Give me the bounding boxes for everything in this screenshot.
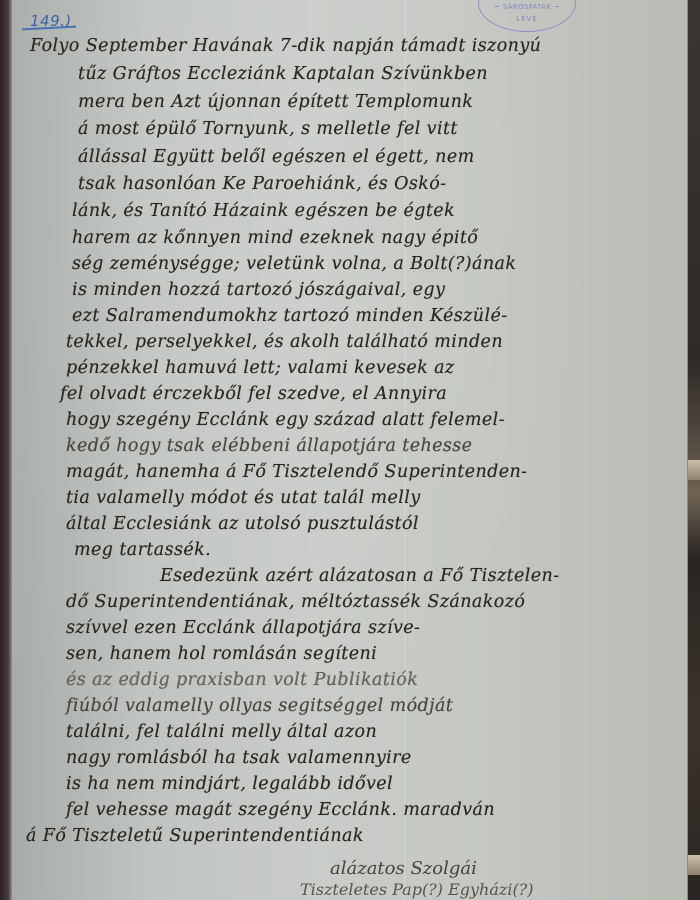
handwritten-line: lánk, és Tanító Házaink egészen be égtek (72, 201, 455, 221)
handwritten-line: találni, fel találni melly által azon (66, 722, 377, 742)
handwritten-line: Esedezünk azért alázatosan a Fő Tisztele… (160, 566, 560, 586)
handwritten-line: harem az kőnnyen mind ezeknek nagy épitő (72, 228, 478, 248)
closing-salutation: alázatos Szolgái (330, 858, 477, 879)
handwritten-line: á most épülő Tornyunk, s melletle fel vi… (78, 119, 458, 139)
handwritten-line: tekkel, perselyekkel, és akolh található… (66, 332, 503, 352)
handwritten-line: hogy szegény Ecclánk egy század alatt fe… (66, 410, 505, 430)
handwritten-line: magát, hanemha á Fő Tisztelendő Superint… (66, 462, 528, 482)
handwritten-line: tűz Gráftos Eccleziánk Kaptalan Szívünkb… (78, 64, 488, 84)
handwritten-line: pénzekkel hamuvá lett; valami kevesek az (66, 358, 455, 378)
handwritten-line: is minden hozzá tartozó jószágaival, egy (72, 280, 445, 300)
handwritten-line: ség zeménységge; veletünk volna, a Bolt(… (72, 254, 516, 274)
handwritten-line: és az eddig praxisban volt Publikatiók (66, 670, 418, 690)
handwritten-line: nagy romlásból ha tsak valamennyire (66, 748, 412, 768)
handwritten-line: fiúból valamelly ollyas segitséggel módj… (66, 696, 453, 716)
handwritten-line: tsak hasonlóan Ke Paroehiánk, és Oskó- (78, 174, 447, 194)
handwritten-line: szívvel ezen Ecclánk állapotjára szíve- (66, 618, 420, 638)
handwritten-letter-body: Folyo September Havának 7-dik napján tám… (0, 0, 700, 900)
signature-line: Tiszteletes Pap(?) Egyházi(?) (300, 880, 534, 899)
handwritten-line: fel vehesse magát szegény Ecclánk. marad… (66, 800, 495, 820)
handwritten-line: dő Superintendentiának, méltóztassék Szá… (66, 592, 525, 612)
handwritten-line: mera ben Azt újonnan épített Templomunk (78, 92, 473, 112)
handwritten-line: Folyo September Havának 7-dik napján tám… (30, 36, 541, 56)
handwritten-line: fel olvadt érczekből fel szedve, el Anny… (60, 384, 447, 404)
handwritten-line: is ha nem mindjárt, legalább idővel (66, 774, 393, 794)
handwritten-line: állással Együtt belől egészen el égett, … (78, 147, 475, 167)
handwritten-line: meg tartassék. (74, 540, 211, 560)
handwritten-line: által Ecclesiánk az utolsó pusztulástól (66, 514, 419, 534)
handwritten-line: ezt Salramendumokhz tartozó minden Készü… (72, 306, 508, 326)
handwritten-line: tia valamelly módot és utat talál melly (66, 488, 421, 508)
handwritten-line: á Fő Tiszteletű Superintendentiának (26, 826, 364, 846)
handwritten-line: kedő hogy tsak elébbeni állapotjára tehe… (66, 436, 472, 456)
handwritten-line: sen, hanem hol romlásán segíteni (66, 644, 377, 664)
